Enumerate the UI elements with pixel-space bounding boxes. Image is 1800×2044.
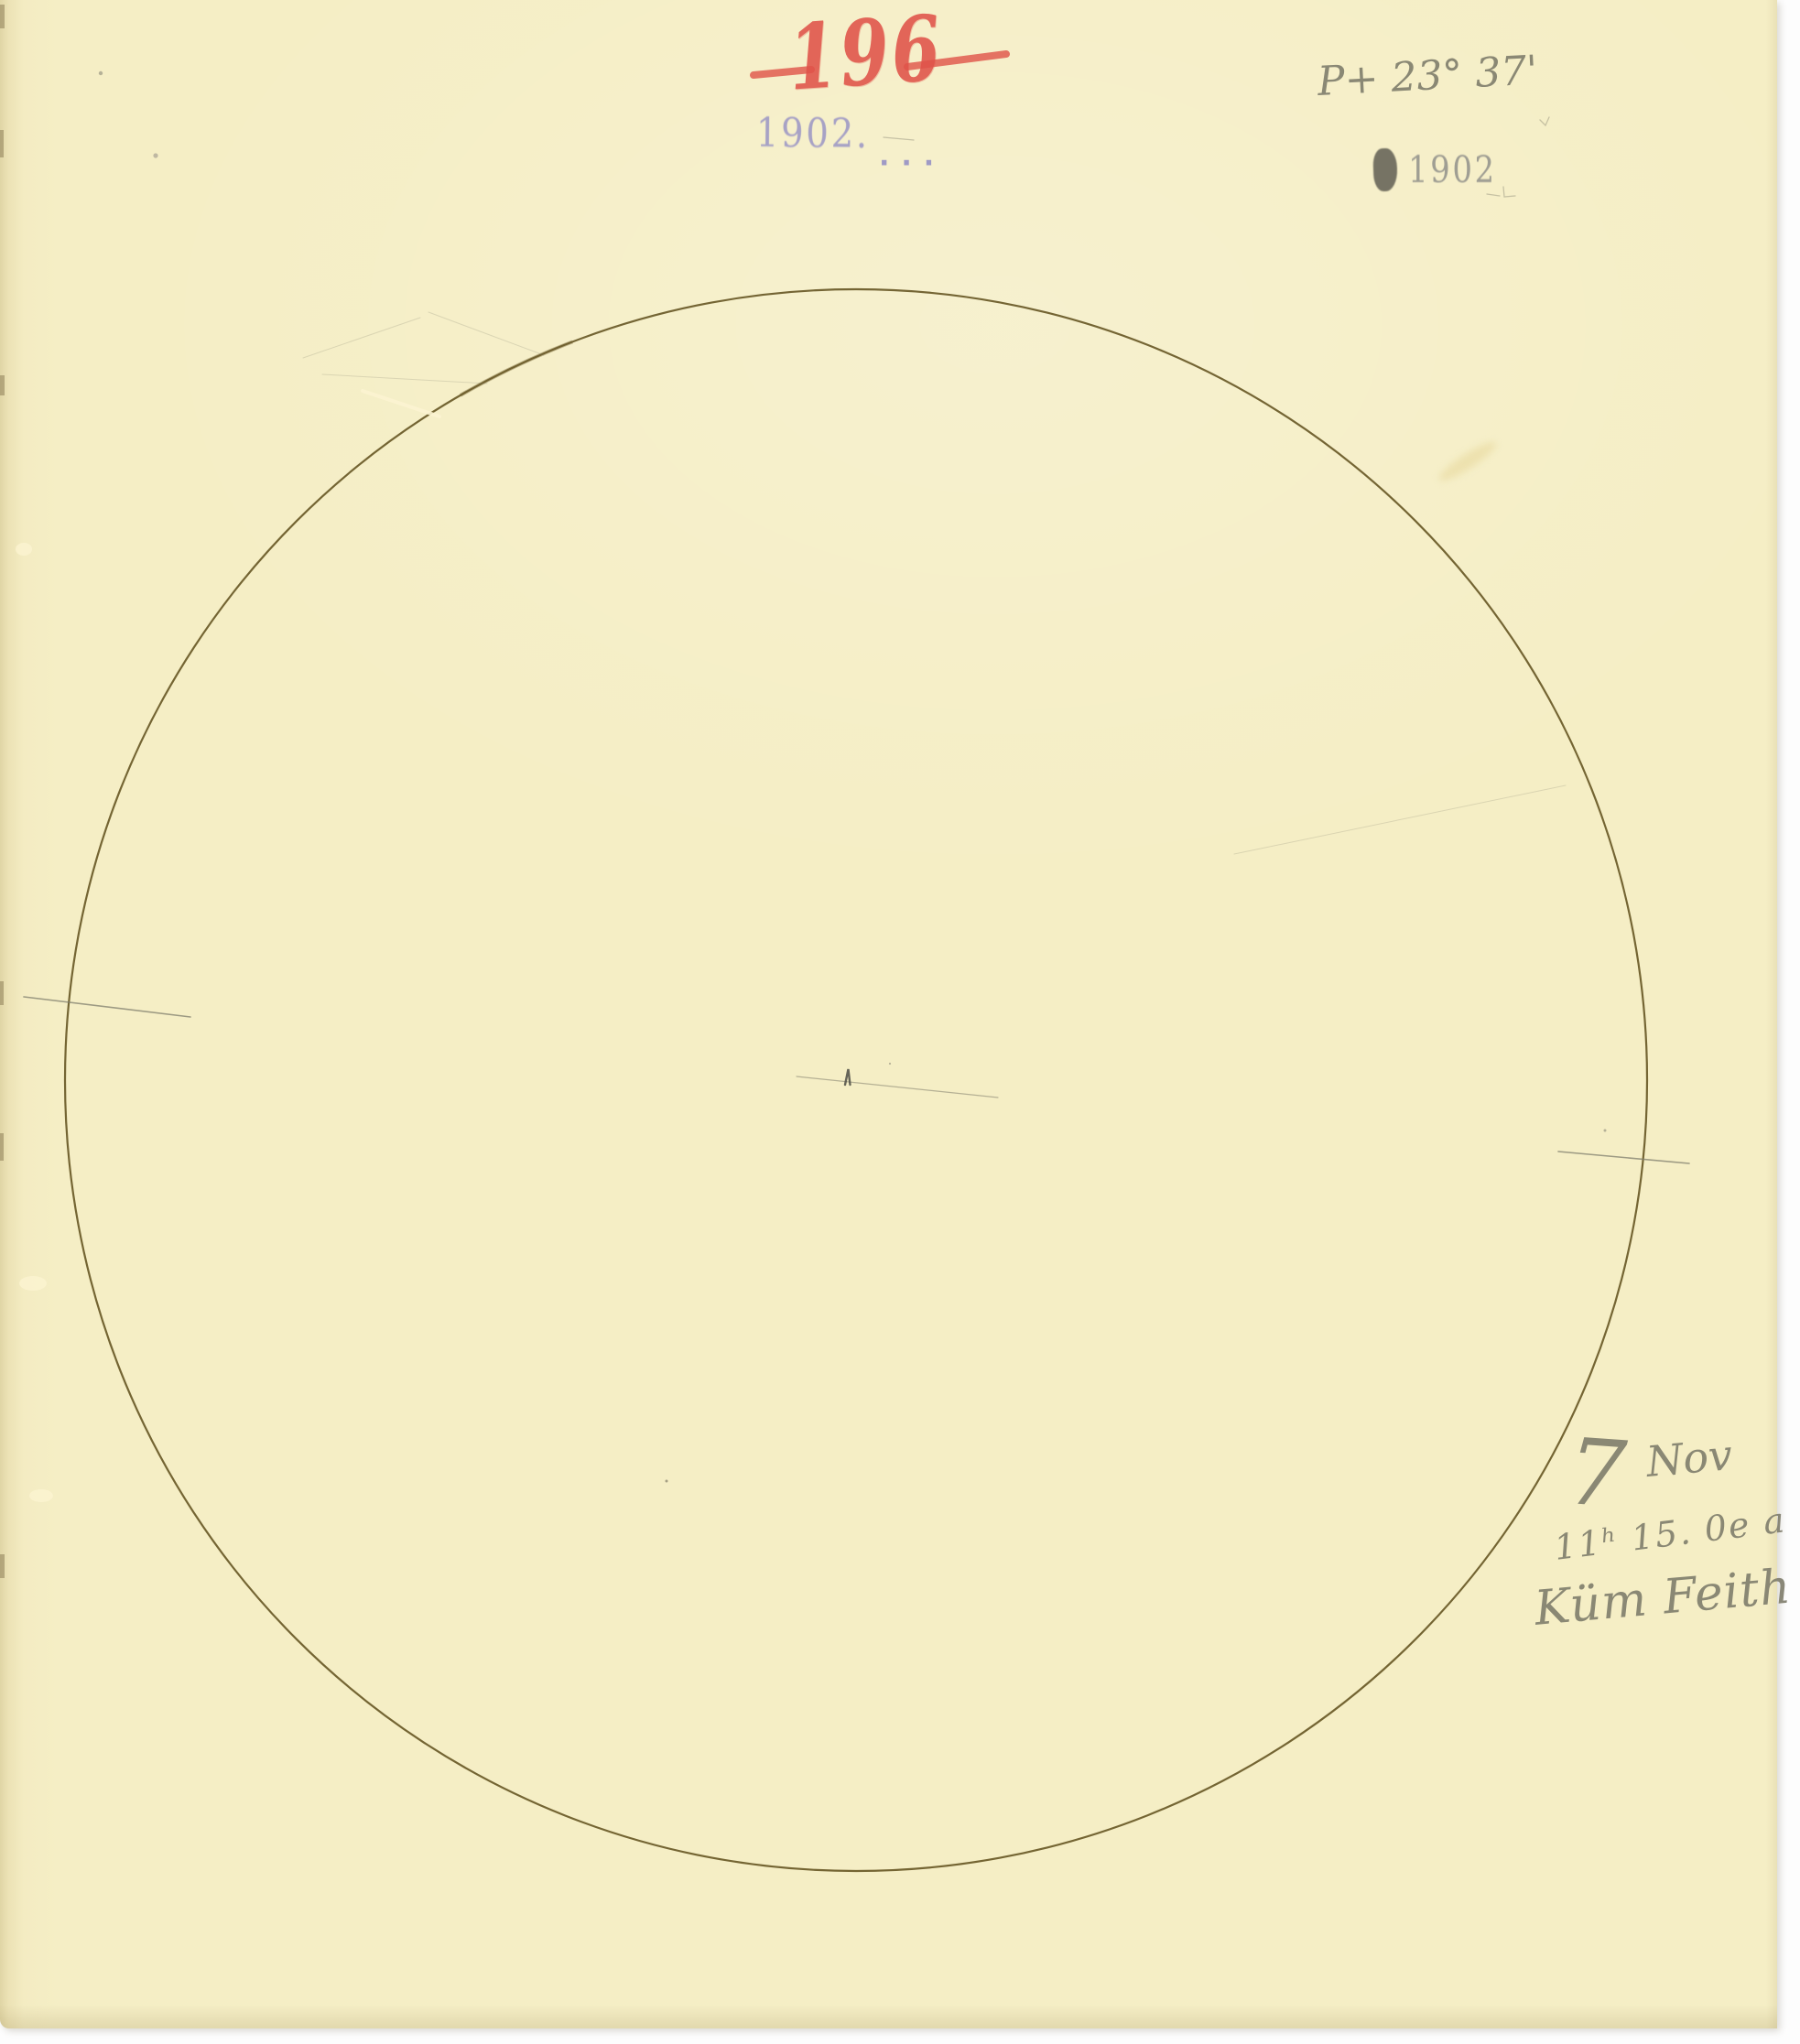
year-stamp-top: 1902. bbox=[756, 114, 871, 155]
speck bbox=[153, 153, 157, 157]
edge-mark bbox=[0, 5, 5, 28]
solar-disk-drawing bbox=[0, 0, 1800, 2044]
scratch-line bbox=[322, 374, 487, 384]
center-mark bbox=[797, 1069, 998, 1098]
pencil-check-mark bbox=[1540, 117, 1549, 125]
limb-tick-marks bbox=[24, 997, 1689, 1163]
edge-mark bbox=[0, 375, 5, 395]
scratch-line bbox=[303, 318, 420, 358]
right-limb-tick bbox=[1558, 1152, 1689, 1163]
crease-spot bbox=[19, 1276, 47, 1291]
speck bbox=[889, 1063, 891, 1065]
center-line bbox=[797, 1076, 998, 1098]
edge-mark bbox=[0, 981, 4, 1005]
speck bbox=[1604, 1130, 1607, 1132]
paper-scratches bbox=[303, 312, 1566, 854]
dust-specks bbox=[99, 71, 1607, 1483]
paper-scratch-light bbox=[363, 391, 439, 416]
edge-mark bbox=[0, 1133, 4, 1161]
left-limb-tick bbox=[24, 997, 190, 1017]
date-month: Nov bbox=[1644, 1433, 1734, 1483]
pencil-tick bbox=[1487, 194, 1500, 196]
left-edge-marks bbox=[0, 5, 5, 1578]
scratch-line bbox=[1234, 785, 1566, 854]
left-margin-creases bbox=[16, 543, 53, 1502]
p-angle-annotation: P+ 23° 37' bbox=[1317, 50, 1539, 103]
scratch-line bbox=[428, 312, 544, 355]
solar-disk-circle bbox=[65, 289, 1647, 1871]
crease-spot bbox=[16, 543, 32, 556]
pencil-tick bbox=[1503, 187, 1515, 197]
pencil-dash bbox=[884, 137, 914, 140]
catalog-number: 196 bbox=[786, 4, 946, 104]
speck bbox=[99, 71, 103, 75]
solar-disk bbox=[65, 289, 1647, 1871]
year-stamp-dots: ··· bbox=[879, 150, 946, 178]
year-stamp-right: 1902 bbox=[1408, 152, 1497, 189]
edge-mark bbox=[0, 1554, 5, 1578]
edge-mark bbox=[0, 130, 4, 157]
speck bbox=[666, 1480, 668, 1483]
center-spike-mark bbox=[845, 1069, 851, 1085]
crease-spot bbox=[29, 1489, 53, 1502]
date-day: 7 bbox=[1565, 1426, 1629, 1521]
solar-disk-circle-heavy-segment bbox=[65, 289, 1647, 1871]
